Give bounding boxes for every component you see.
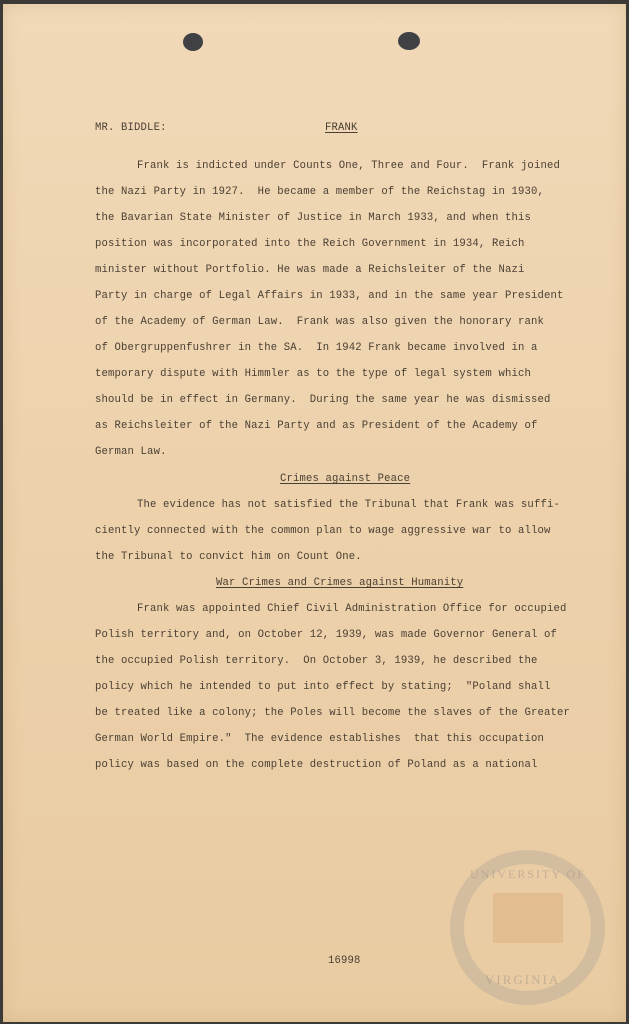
text-line: policy which he intended to put into eff…	[95, 681, 551, 693]
text-line: Frank is indicted under Counts One, Thre…	[137, 160, 560, 172]
text-line: The evidence has not satisfied the Tribu…	[137, 499, 560, 511]
section-heading-crimes-against-peace: Crimes against Peace	[280, 473, 410, 485]
addressee: MR. BIDDLE:	[95, 122, 167, 134]
text-line: the occupied Polish territory. On Octobe…	[95, 655, 538, 667]
text-line: the Nazi Party in 1927. He became a memb…	[95, 186, 544, 198]
document-title: FRANK	[325, 122, 358, 134]
text-line: the Bavarian State Minister of Justice i…	[95, 212, 531, 224]
text-line: the Tribunal to convict him on Count One…	[95, 551, 362, 563]
watermark-bottom-text: VIRGINIA	[485, 972, 560, 988]
text-line: German World Empire." The evidence estab…	[95, 733, 544, 745]
text-line: be treated like a colony; the Poles will…	[95, 707, 570, 719]
watermark-top-text: UNIVERSITY OF	[470, 867, 586, 882]
text-line: German Law.	[95, 446, 167, 458]
text-line: position was incorporated into the Reich…	[95, 238, 524, 250]
punch-hole	[183, 33, 203, 51]
text-line: policy was based on the complete destruc…	[95, 759, 538, 771]
text-line: minister without Portfolio. He was made …	[95, 264, 524, 276]
text-line: of Obergruppenfushrer in the SA. In 1942…	[95, 342, 538, 354]
page-number: 16998	[328, 955, 361, 967]
text-line: ciently connected with the common plan t…	[95, 525, 551, 537]
punch-hole	[398, 32, 420, 50]
text-line: Party in charge of Legal Affairs in 1933…	[95, 290, 564, 302]
rotunda-icon	[493, 893, 563, 943]
text-line: should be in effect in Germany. During t…	[95, 394, 551, 406]
text-line: Frank was appointed Chief Civil Administ…	[137, 603, 566, 615]
text-line: as Reichsleiter of the Nazi Party and as…	[95, 420, 538, 432]
text-line: temporary dispute with Himmler as to the…	[95, 368, 531, 380]
text-line: of the Academy of German Law. Frank was …	[95, 316, 544, 328]
section-heading-war-crimes: War Crimes and Crimes against Humanity	[216, 577, 463, 589]
text-line: Polish territory and, on October 12, 193…	[95, 629, 557, 641]
